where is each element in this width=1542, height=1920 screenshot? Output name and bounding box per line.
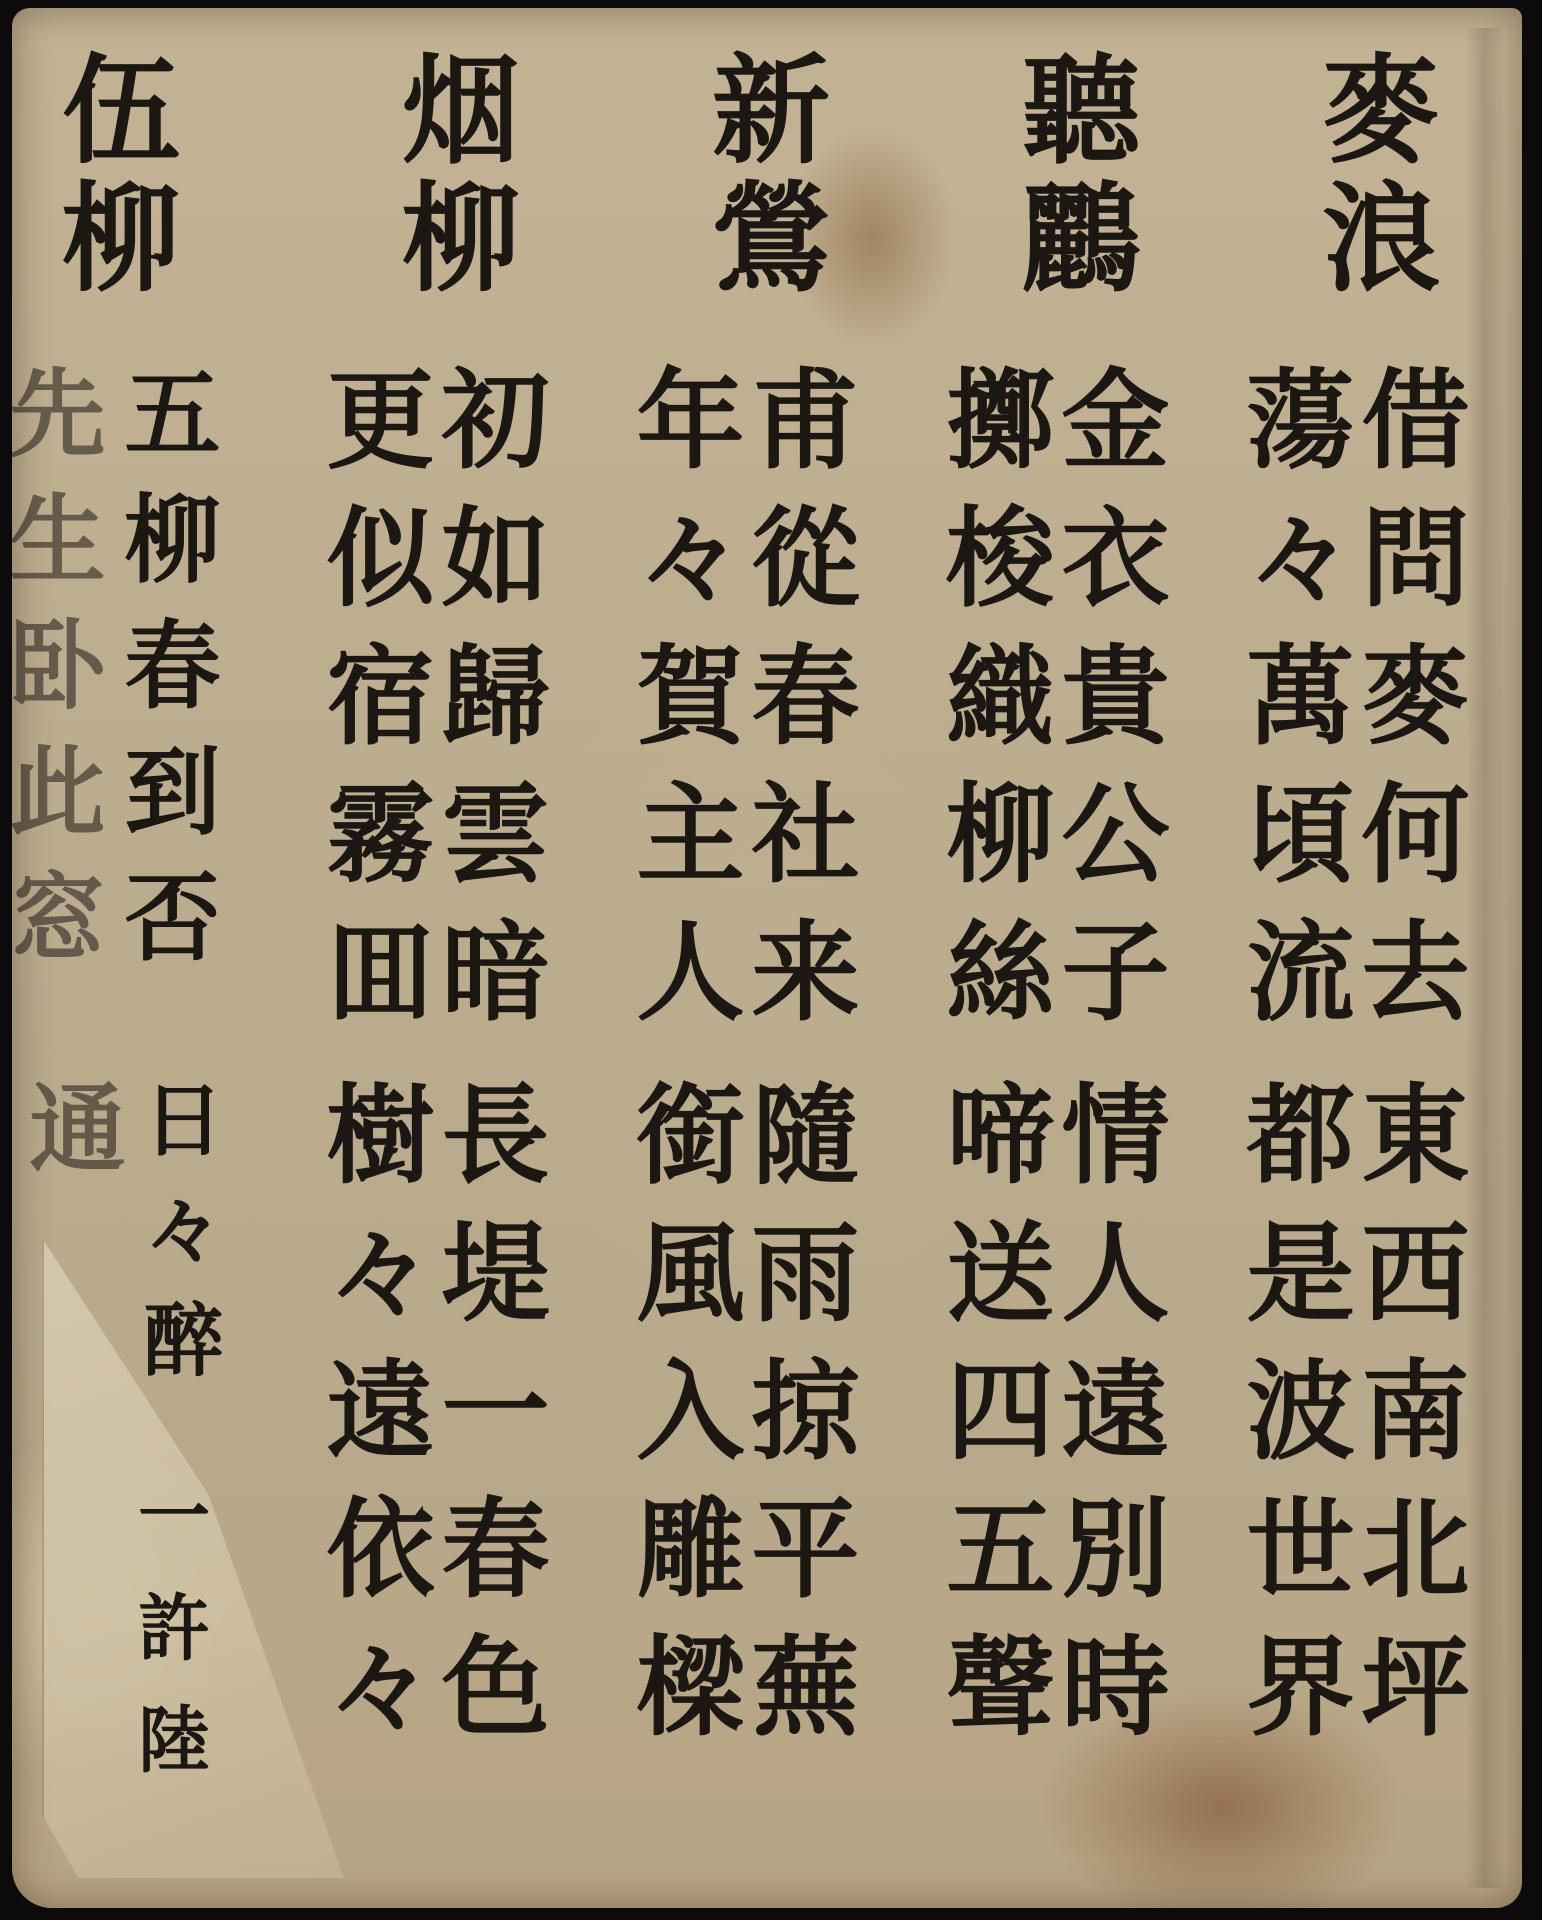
poem-5-line-2: 先生卧此窓	[2, 363, 98, 993]
poem-5-title: 伍柳	[52, 48, 170, 304]
poem-5-line-4: 通	[22, 1078, 118, 1204]
fold-fragment-2: 許	[126, 1590, 211, 1702]
poem-2-title: 聽鸝	[1012, 48, 1130, 304]
poem-4-line-1: 初如歸雲暗	[432, 363, 540, 1053]
poem-3-title: 新鶯	[702, 48, 820, 304]
poem-3-line-2: 年々賀主人	[627, 363, 735, 1053]
poem-5-line-3: 日々醉	[137, 1078, 217, 1408]
poem-1-line-2: 蕩々萬頃流	[1237, 363, 1345, 1053]
poem-2-line-4: 啼送四五聲	[937, 1078, 1045, 1768]
poem-4-line-2: 更似宿霧囬	[317, 363, 425, 1053]
poem-4-line-4: 樹々遠依々	[317, 1078, 425, 1768]
poem-1-line-4: 都是波世界	[1237, 1078, 1345, 1768]
poem-4-line-3: 長堤一春色	[432, 1078, 540, 1768]
poem-1-title: 麥浪	[1312, 48, 1430, 304]
poem-1-line-1: 借問麥何去	[1352, 363, 1460, 1053]
poem-2-line-1: 金衣貴公子	[1052, 363, 1160, 1053]
binding-edge	[1466, 28, 1502, 1888]
fold-fragment-1: 一	[126, 1478, 211, 1590]
fold-fragment-3: 陸	[126, 1702, 211, 1814]
poem-3-line-3: 隨雨掠平蕪	[742, 1078, 850, 1768]
poem-5-line-1: 五柳春到否	[117, 363, 213, 993]
manuscript-page: 麥浪 借問麥何去 蕩々萬頃流 東西南北坪 都是波世界 聽鸝 金衣貴公子 擲梭織柳…	[12, 8, 1522, 1908]
poem-2-line-3: 情人遠別時	[1052, 1078, 1160, 1768]
poem-3-line-1: 甫從春社来	[742, 363, 850, 1053]
poem-2-line-2: 擲梭織柳絲	[937, 363, 1045, 1053]
fold-fragment-text: 一許陸	[132, 1478, 204, 1814]
poem-3-line-4: 銜風入雕樑	[627, 1078, 735, 1768]
poem-1-line-3: 東西南北坪	[1352, 1078, 1460, 1768]
poem-4-title: 烟柳	[392, 48, 510, 304]
